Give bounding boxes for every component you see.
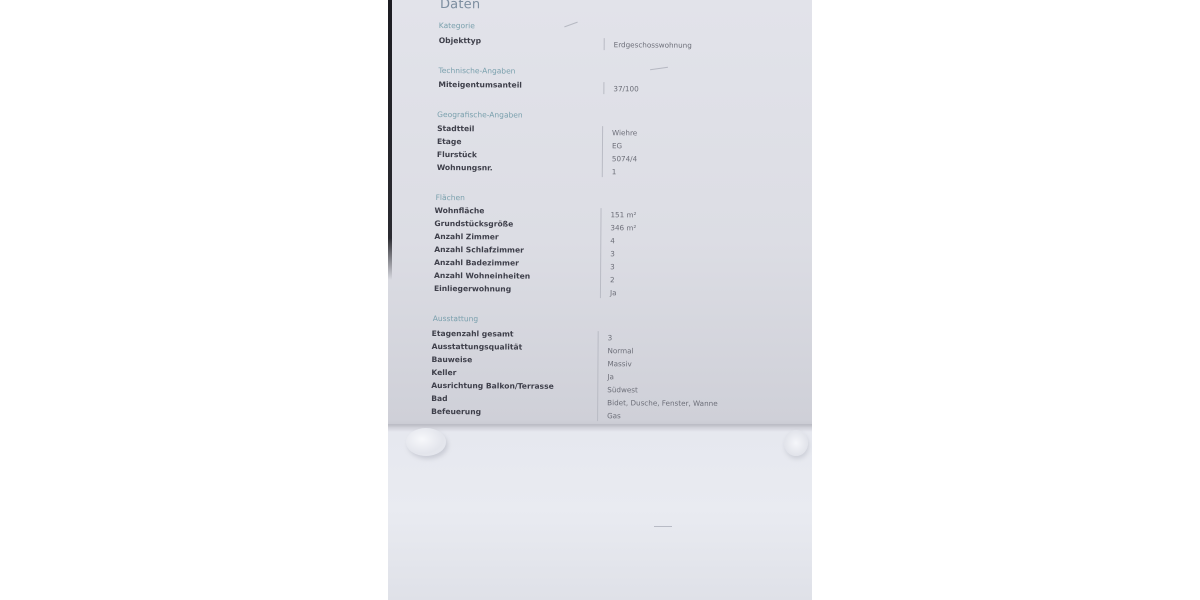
field-label: Anzahl Badezimmer (434, 258, 519, 268)
field-label: Etage (437, 137, 462, 146)
field-label: Wohnungsnr. (437, 163, 493, 172)
field-label: Objekttyp (439, 36, 481, 45)
field-label: Miteigentumsanteil (438, 80, 522, 90)
field-value: Massiv (607, 359, 631, 368)
field-label: Flurstück (437, 150, 477, 159)
data-row: BefeuerungGas (388, 407, 809, 423)
field-value: 4 (610, 236, 615, 245)
field-value: Südwest (607, 385, 638, 394)
field-value: Wiehre (612, 128, 637, 137)
field-label: Befeuerung (431, 407, 481, 416)
field-label: Anzahl Schlafzimmer (434, 245, 524, 255)
field-label: Bad (431, 394, 447, 403)
paper-crease (406, 428, 446, 456)
data-row: ObjekttypErdgeschosswohnung (388, 36, 812, 52)
field-value: 5074/4 (612, 154, 637, 163)
scanned-page: Daten KategorieObjekttypErdgeschosswohnu… (388, 0, 812, 600)
field-label: Ausstattungsqualität (432, 342, 523, 352)
field-value: 151 m² (610, 210, 636, 219)
field-label: Keller (431, 368, 456, 377)
field-value: 2 (610, 275, 615, 284)
data-row: Miteigentumsanteil37/100 (388, 80, 811, 96)
field-label: Wohnfläche (434, 206, 484, 215)
page-title: Daten (440, 0, 480, 12)
section-label: Geografische-Angaben (437, 110, 523, 120)
field-value: 3 (610, 249, 615, 258)
field-label: Etagenzahl gesamt (432, 329, 514, 339)
field-value: 1 (612, 167, 617, 176)
field-value: 3 (608, 333, 613, 342)
field-value: Gas (607, 411, 621, 420)
paper-crease (784, 430, 808, 456)
section-label: Ausstattung (433, 314, 478, 323)
section-label: Technische-Angaben (438, 66, 515, 76)
field-label: Grundstücksgröße (434, 219, 513, 229)
field-value: Ja (607, 372, 614, 381)
field-label: Bauweise (431, 355, 472, 364)
field-value: Normal (608, 346, 634, 355)
data-row: Wohnungsnr.1 (388, 163, 811, 179)
field-value: Ja (610, 288, 617, 297)
field-value: 346 m² (610, 223, 636, 232)
field-value: 37/100 (613, 84, 638, 93)
field-value: 3 (610, 262, 615, 271)
section-label: Kategorie (439, 21, 475, 30)
data-row: EinliegerwohnungJa (388, 284, 810, 300)
field-value: Erdgeschosswohnung (614, 40, 692, 50)
field-value: EG (612, 141, 622, 150)
field-value: Bidet, Dusche, Fenster, Wanne (607, 398, 718, 408)
field-label: Anzahl Zimmer (434, 232, 498, 241)
data-sheet: Daten KategorieObjekttypErdgeschosswohnu… (388, 0, 812, 427)
field-label: Einliegerwohnung (434, 284, 511, 294)
scan-mark (654, 526, 672, 527)
field-label: Stadtteil (437, 124, 474, 133)
field-label: Ausrichtung Balkon/Terrasse (431, 381, 554, 391)
field-label: Anzahl Wohneinheiten (434, 271, 530, 281)
section-label: Flächen (436, 193, 465, 202)
